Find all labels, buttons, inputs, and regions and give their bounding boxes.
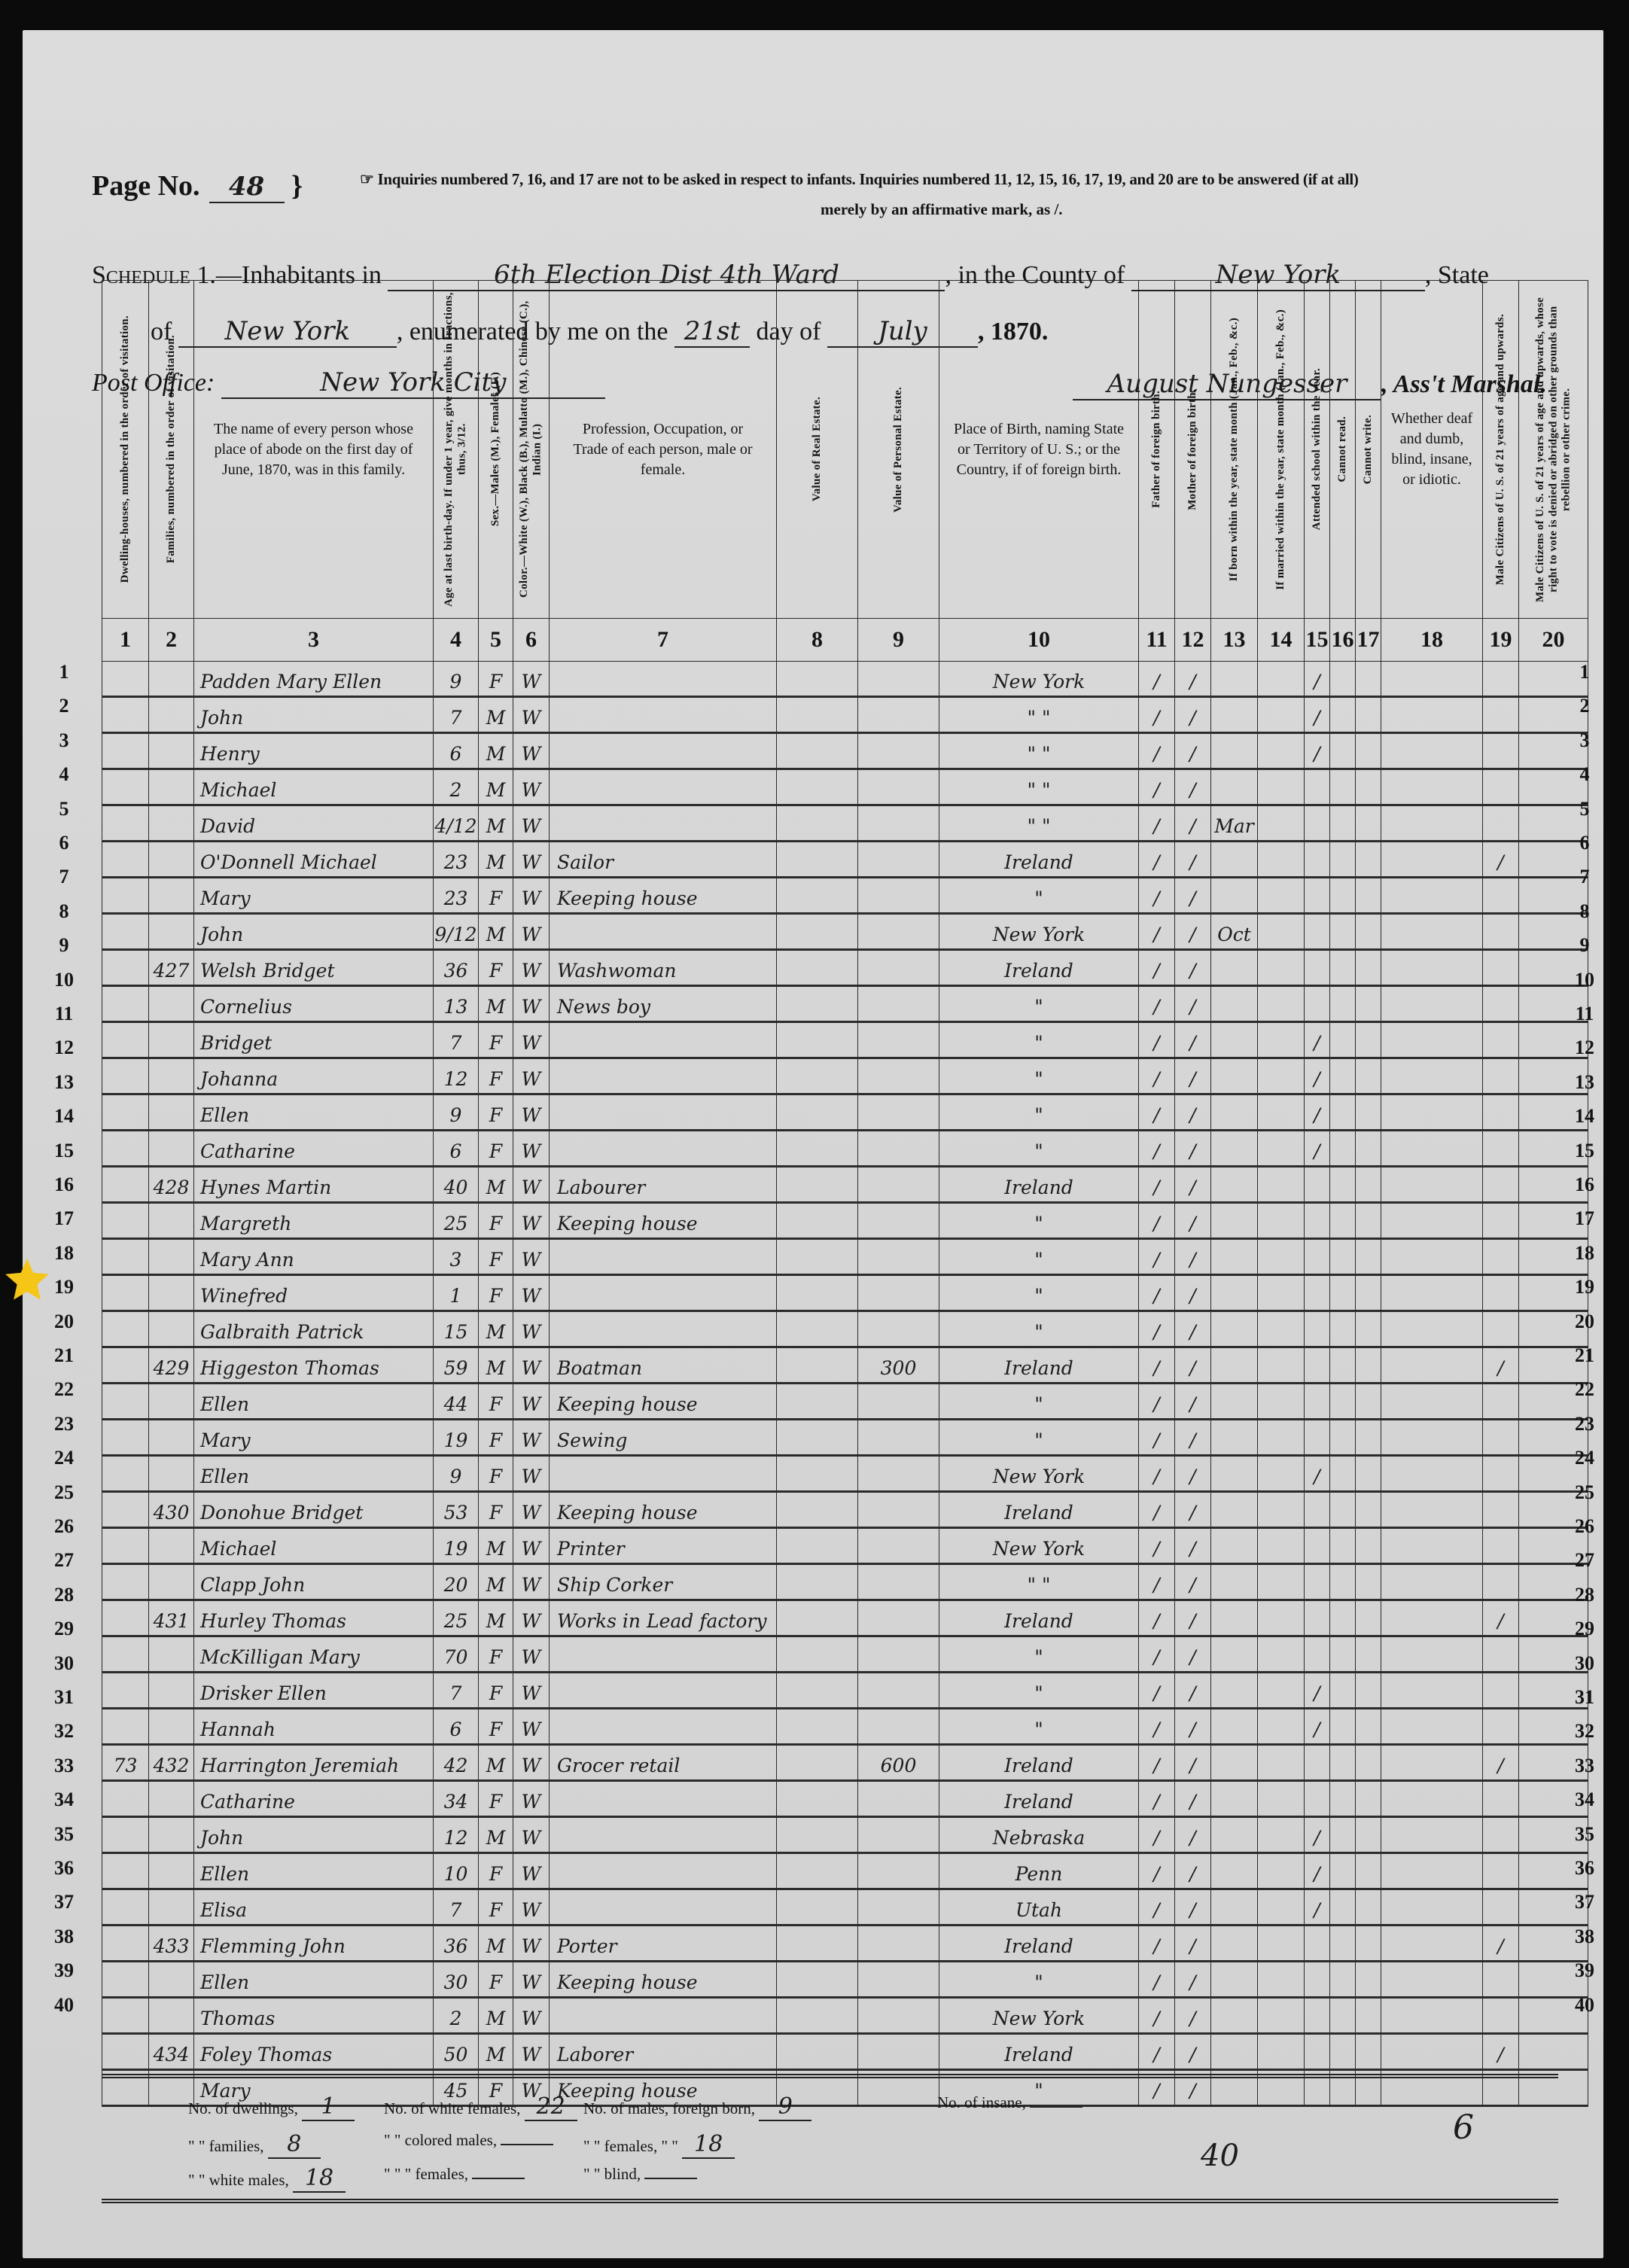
cell-born-month [1211,1926,1258,1962]
cell-cannot-read [1330,1167,1356,1203]
cell-cannot-read [1330,1853,1356,1889]
cell-married-month [1258,878,1305,914]
cell-occupation: News boy [550,986,777,1022]
table-row: John9/12MWNew York//Oct [102,914,1588,950]
line-number: 33 [45,1755,83,1777]
cell-school: / [1305,1709,1330,1745]
cell-school: / [1305,1456,1330,1492]
cell-father-foreign: / [1139,1889,1175,1926]
column-number-7: 7 [550,619,777,662]
cell-personal [858,733,939,769]
line-number: 6 [45,832,83,854]
line-number: 34 [45,1789,83,1811]
cell-married-month [1258,1384,1305,1420]
cell-married-month [1258,1167,1305,1203]
cell-family [149,1817,194,1853]
cell-color: W [513,1673,550,1709]
cell-occupation [550,769,777,805]
cell-dwelling [102,1094,149,1131]
cell-occupation [550,805,777,842]
line-number: 6 [1566,832,1603,854]
cell-born-month [1211,1636,1258,1673]
cell-mother-foreign: / [1175,1853,1211,1889]
cell-citizen: / [1483,1745,1519,1781]
table-row: Thomas2MWNew York// [102,1998,1588,2034]
cell-school [1305,1311,1330,1347]
cell-name: David [194,805,434,842]
cell-personal [858,986,939,1022]
line-number: 27 [1566,1549,1603,1572]
cell-school [1305,1347,1330,1384]
cell-color: W [513,1456,550,1492]
cell-personal [858,1456,939,1492]
cell-birthplace: " [939,1709,1139,1745]
instructions-note: ☞ Inquiries numbered 7, 16, and 17 are n… [360,170,1564,189]
cell-cannot-read [1330,1926,1356,1962]
cell-color: W [513,733,550,769]
cell-age: 2 [434,1998,479,2034]
line-number: 10 [1566,969,1603,991]
cell-born-month [1211,842,1258,878]
cell-citizen: / [1483,2034,1519,2070]
cell-school: / [1305,733,1330,769]
table-row: 428Hynes Martin40MWLabourerIreland// [102,1167,1588,1203]
cell-mother-foreign: / [1175,1926,1211,1962]
table-row: Henry6MW" "/// [102,733,1588,769]
cell-age: 13 [434,986,479,1022]
cell-mother-foreign: / [1175,1347,1211,1384]
cell-citizen [1483,1456,1519,1492]
cell-cannot-write [1356,697,1381,733]
cell-birthplace: Nebraska [939,1817,1139,1853]
cell-cannot-write [1356,986,1381,1022]
cell-age: 70 [434,1636,479,1673]
col-11-header: Father of foreign birth. [1139,281,1175,619]
cell-personal [858,805,939,842]
cell-sex: M [479,2034,513,2070]
cell-sex: F [479,1456,513,1492]
cell-mother-foreign: / [1175,878,1211,914]
cell-married-month [1258,1528,1305,1564]
cell-real [777,1926,858,1962]
cell-family [149,1528,194,1564]
cell-family [149,1636,194,1673]
cell-deaf [1381,1962,1483,1998]
cell-name: John [194,697,434,733]
cell-real [777,1058,858,1094]
cell-sex: F [479,950,513,986]
cell-real [777,842,858,878]
cell-cannot-write [1356,1239,1381,1275]
column-number-16: 16 [1330,619,1356,662]
summary-families: " " families, 8 [188,2131,321,2159]
cell-married-month [1258,1203,1305,1239]
cell-sex: M [479,1926,513,1962]
cell-personal [858,1673,939,1709]
cell-deaf [1381,1926,1483,1962]
cell-cannot-read [1330,697,1356,733]
table-row: John7MW" "/// [102,697,1588,733]
cell-color: W [513,697,550,733]
cell-deaf [1381,1889,1483,1926]
cell-birthplace: Ireland [939,1167,1139,1203]
cell-color: W [513,950,550,986]
cell-school [1305,1492,1330,1528]
cell-family [149,1673,194,1709]
cell-cannot-read [1330,1022,1356,1058]
cell-personal [858,1239,939,1275]
cell-real [777,878,858,914]
summary-white-females: No. of white females, 22 [384,2093,577,2121]
cell-family [149,1131,194,1167]
cell-father-foreign: / [1139,1058,1175,1094]
cell-real [777,733,858,769]
cell-deaf [1381,914,1483,950]
cell-dwelling [102,1817,149,1853]
cell-name: Welsh Bridget [194,950,434,986]
cell-name: Mary [194,1420,434,1456]
cell-father-foreign: / [1139,1167,1175,1203]
cell-dwelling [102,2034,149,2070]
line-number: 23 [1566,1413,1603,1435]
cell-mother-foreign: / [1175,1420,1211,1456]
line-number: 4 [45,763,83,786]
cell-father-foreign: / [1139,842,1175,878]
line-number: 3 [1566,729,1603,752]
cell-occupation [550,1094,777,1131]
cell-citizen [1483,1058,1519,1094]
cell-school: / [1305,1817,1330,1853]
cell-family [149,1058,194,1094]
cell-real [777,1094,858,1131]
cell-cannot-write [1356,1998,1381,2034]
cell-real [777,662,858,697]
cell-school [1305,1528,1330,1564]
cell-married-month [1258,769,1305,805]
cell-cannot-write [1356,1889,1381,1926]
cell-dwelling [102,1781,149,1817]
cell-dwelling [102,733,149,769]
cell-family [149,1564,194,1600]
cell-age: 34 [434,1781,479,1817]
line-number: 36 [45,1857,83,1880]
line-number: 10 [45,969,83,991]
table-row: Hannah6FW"/// [102,1709,1588,1745]
cell-age: 4/12 [434,805,479,842]
cell-name: Elisa [194,1889,434,1926]
cell-real [777,914,858,950]
cell-father-foreign: / [1139,914,1175,950]
cell-sex: M [479,769,513,805]
line-number: 15 [45,1140,83,1162]
cell-color: W [513,1094,550,1131]
cell-born-month [1211,1131,1258,1167]
col-12-header: Mother of foreign birth. [1175,281,1211,619]
cell-born-month [1211,1853,1258,1889]
star-icon [3,1256,51,1304]
cell-father-foreign: / [1139,1745,1175,1781]
cell-age: 6 [434,1709,479,1745]
cell-color: W [513,1998,550,2034]
cell-real [777,1781,858,1817]
line-number: 20 [45,1311,83,1333]
cell-citizen [1483,1564,1519,1600]
cell-name: Ellen [194,1384,434,1420]
cell-mother-foreign: / [1175,1781,1211,1817]
line-number: 30 [1566,1652,1603,1675]
cell-born-month [1211,1492,1258,1528]
cell-cannot-write [1356,1203,1381,1239]
table-row: Ellen10FWPenn/// [102,1853,1588,1889]
cell-married-month [1258,1311,1305,1347]
cell-mother-foreign: / [1175,1528,1211,1564]
cell-citizen: / [1483,1347,1519,1384]
cell-birthplace: " [939,1239,1139,1275]
summary-white-males: " " white males, 18 [188,2165,346,2193]
cell-occupation: Keeping house [550,1492,777,1528]
cell-citizen [1483,1636,1519,1673]
line-number: 37 [1566,1891,1603,1913]
cell-married-month [1258,1998,1305,2034]
cell-family: 433 [149,1926,194,1962]
cell-cannot-write [1356,950,1381,986]
cell-school: / [1305,1673,1330,1709]
col-19-header: Male Citizens of U. S. of 21 years of ag… [1483,281,1519,619]
cell-dwelling [102,769,149,805]
cell-father-foreign: / [1139,1420,1175,1456]
cell-color: W [513,1926,550,1962]
cell-married-month [1258,950,1305,986]
page-number-value: 48 [209,172,285,203]
cell-father-foreign: / [1139,1239,1175,1275]
cell-name: Ellen [194,1853,434,1889]
cell-school [1305,986,1330,1022]
column-number-8: 8 [777,619,858,662]
cell-age: 7 [434,1673,479,1709]
column-number-19: 19 [1483,619,1519,662]
cell-dwelling [102,1203,149,1239]
cell-birthplace: " [939,986,1139,1022]
cell-citizen: / [1483,842,1519,878]
cell-married-month [1258,1456,1305,1492]
line-number: 21 [45,1344,83,1367]
cell-color: W [513,842,550,878]
census-table: Dwelling-houses, numbered in the order o… [102,280,1558,2107]
cell-father-foreign: / [1139,1781,1175,1817]
cell-married-month [1258,1709,1305,1745]
cell-color: W [513,1600,550,1636]
cell-personal [858,1528,939,1564]
cell-deaf [1381,1058,1483,1094]
summary-colored-females: " " " females, [384,2165,525,2184]
cell-occupation: Porter [550,1926,777,1962]
cell-cannot-read [1330,1420,1356,1456]
cell-birthplace: " [939,1022,1139,1058]
line-number: 36 [1566,1857,1603,1880]
cell-occupation [550,1817,777,1853]
cell-born-month [1211,733,1258,769]
cell-color: W [513,878,550,914]
cell-father-foreign: / [1139,1022,1175,1058]
cell-married-month [1258,1058,1305,1094]
cell-cannot-read [1330,1889,1356,1926]
cell-occupation: Washwoman [550,950,777,986]
summary-dwellings: No. of dwellings, 1 [188,2093,355,2121]
cell-age: 1 [434,1275,479,1311]
cell-cannot-write [1356,1600,1381,1636]
line-number: 14 [45,1105,83,1128]
cell-name: John [194,914,434,950]
cell-family [149,1853,194,1889]
cell-cannot-write [1356,733,1381,769]
line-number: 28 [1566,1584,1603,1606]
cell-mother-foreign: / [1175,1167,1211,1203]
cell-personal [858,950,939,986]
cell-birthplace: Ireland [939,1926,1139,1962]
table-row: 429Higgeston Thomas59MWBoatman300Ireland… [102,1347,1588,1384]
cell-family [149,805,194,842]
cell-personal [858,1492,939,1528]
cell-age: 12 [434,1817,479,1853]
cell-occupation [550,1058,777,1094]
cell-family [149,1998,194,2034]
cell-name: McKilligan Mary [194,1636,434,1673]
cell-occupation: Labourer [550,1167,777,1203]
cell-sex: F [479,1853,513,1889]
cell-dwelling [102,914,149,950]
cell-sex: F [479,1673,513,1709]
cell-personal [858,769,939,805]
cell-occupation [550,1311,777,1347]
line-number: 37 [45,1891,83,1913]
cell-born-month [1211,1528,1258,1564]
cell-mother-foreign: / [1175,986,1211,1022]
cell-name: Michael [194,1528,434,1564]
cell-age: 6 [434,1131,479,1167]
line-number: 27 [45,1549,83,1572]
cell-personal [858,1131,939,1167]
cell-sex: M [479,842,513,878]
cell-name: Hynes Martin [194,1167,434,1203]
cell-age: 23 [434,842,479,878]
cell-born-month [1211,1347,1258,1384]
cell-color: W [513,769,550,805]
cell-age: 12 [434,1058,479,1094]
cell-deaf [1381,1564,1483,1600]
cell-mother-foreign: / [1175,1203,1211,1239]
cell-school [1305,1998,1330,2034]
cell-deaf [1381,1745,1483,1781]
cell-denied [1519,2034,1588,2070]
col-2-header: Families, numbered in the order of visit… [149,281,194,619]
cell-family: 432 [149,1745,194,1781]
cell-father-foreign: / [1139,1456,1175,1492]
cell-dwelling [102,1384,149,1420]
table-row: Mary Ann3FW"// [102,1239,1588,1275]
cell-deaf [1381,1203,1483,1239]
cell-color: W [513,1384,550,1420]
cell-family [149,914,194,950]
line-number: 16 [45,1174,83,1196]
cell-dwelling [102,1131,149,1167]
cell-birthplace: " [939,1203,1139,1239]
cell-married-month [1258,1347,1305,1384]
cell-personal [858,1817,939,1853]
cell-color: W [513,1203,550,1239]
summary-colored-males: " " colored males, [384,2131,553,2150]
cell-citizen: / [1483,1926,1519,1962]
column-number-17: 17 [1356,619,1381,662]
line-number: 30 [45,1652,83,1675]
cell-born-month [1211,1998,1258,2034]
table-row: Winefred1FW"// [102,1275,1588,1311]
cell-born-month [1211,1022,1258,1058]
cell-color: W [513,1528,550,1564]
table-row: Mary23FWKeeping house"// [102,878,1588,914]
cell-family: 434 [149,2034,194,2070]
line-number: 22 [45,1378,83,1401]
cell-occupation [550,1853,777,1889]
cell-family [149,1456,194,1492]
cell-born-month [1211,878,1258,914]
cell-born-month [1211,1781,1258,1817]
line-number: 1 [45,661,83,683]
cell-occupation: Keeping house [550,1203,777,1239]
cell-cannot-read [1330,1962,1356,1998]
cell-born-month [1211,769,1258,805]
cell-birthplace: " [939,1275,1139,1311]
cell-cannot-write [1356,1636,1381,1673]
cell-mother-foreign: / [1175,1275,1211,1311]
cell-dwelling: 73 [102,1745,149,1781]
cell-age: 19 [434,1420,479,1456]
cell-mother-foreign: / [1175,1384,1211,1420]
cell-deaf [1381,1167,1483,1203]
cell-name: Johanna [194,1058,434,1094]
table-row: Elisa7FWUtah/// [102,1889,1588,1926]
cell-deaf [1381,1456,1483,1492]
cell-dwelling [102,1998,149,2034]
cell-school [1305,1564,1330,1600]
cell-married-month [1258,1817,1305,1853]
cell-mother-foreign: / [1175,1456,1211,1492]
cell-dwelling [102,805,149,842]
cell-color: W [513,1275,550,1311]
line-number: 29 [45,1618,83,1640]
cell-occupation [550,1131,777,1167]
cell-sex: M [479,1528,513,1564]
cell-deaf [1381,1673,1483,1709]
cell-sex: M [479,1745,513,1781]
cell-real [777,697,858,733]
cell-occupation [550,1239,777,1275]
cell-married-month [1258,1094,1305,1131]
cell-dwelling [102,1456,149,1492]
cell-birthplace: Ireland [939,1745,1139,1781]
cell-family [149,1311,194,1347]
cell-cannot-read [1330,1131,1356,1167]
cell-name: Michael [194,769,434,805]
cell-citizen [1483,914,1519,950]
table-row: 430Donohue Bridget53FWKeeping houseIrela… [102,1492,1588,1528]
line-number: 25 [1566,1481,1603,1504]
cell-father-foreign: / [1139,950,1175,986]
cell-age: 7 [434,1022,479,1058]
cell-birthplace: " [939,1311,1139,1347]
cell-married-month [1258,914,1305,950]
cell-cannot-read [1330,1781,1356,1817]
cell-real [777,1853,858,1889]
